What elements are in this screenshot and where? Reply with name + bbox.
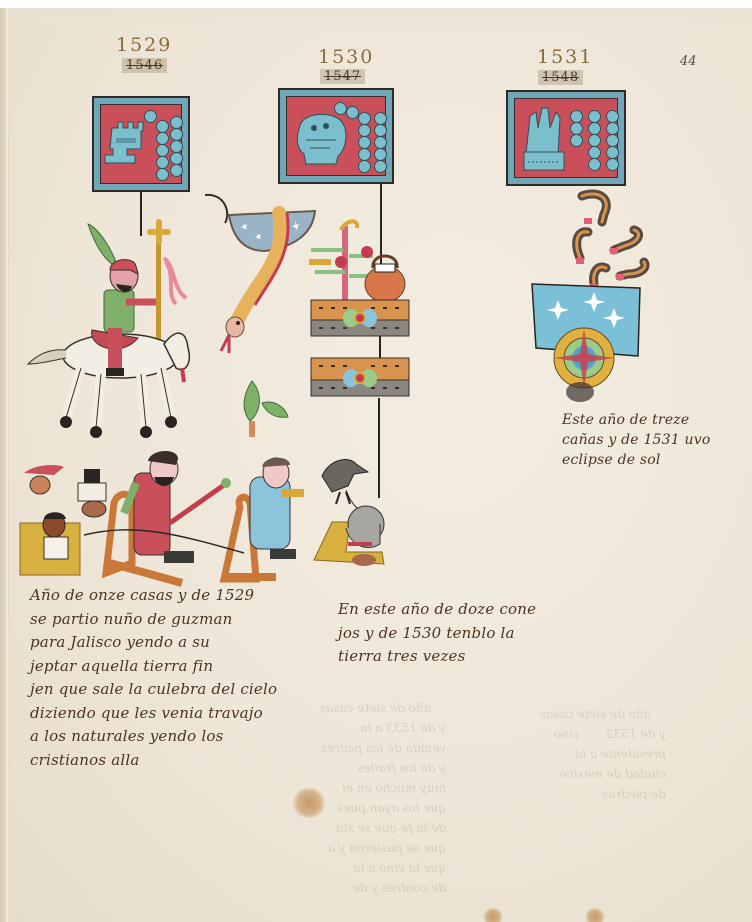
- gloss-line: se partio nuño de guzman: [30, 610, 233, 628]
- gloss-1531: Este año de treze cañas y de 1531 uvo ec…: [562, 410, 710, 470]
- count-dot: [170, 164, 183, 177]
- gloss-line: tierra tres vezes: [338, 647, 466, 665]
- count-dot: [144, 110, 157, 123]
- bleed-line: de piedras: [602, 787, 666, 801]
- gloss-line: En este año de doze cone: [338, 600, 536, 618]
- count-dot: [358, 160, 371, 173]
- bleed-line: y de 1532 . . . vino: [554, 727, 666, 741]
- bleed-line: año de siete casas: [320, 701, 431, 715]
- year-glyph-box-12-rabbit: [278, 88, 394, 184]
- year-label: 1529: [116, 34, 172, 56]
- flowering-plant-and-pot-icon: [305, 216, 415, 306]
- bleed-line: presidente a la: [575, 747, 666, 761]
- gloss-line: cañas y de 1531 uvo: [562, 432, 710, 448]
- bleed-line: de la fe que se sta: [336, 821, 446, 835]
- seated-lord-with-bird-glyph-icon: [310, 448, 420, 578]
- count-dot: [606, 158, 619, 171]
- alt-year-label: 1548: [538, 70, 583, 85]
- count-dot: [156, 168, 169, 181]
- gloss-line: diziendo que les venia travajo: [30, 704, 263, 722]
- bleed-line: y de 1533 a la: [360, 721, 446, 735]
- foxing-stain: [292, 788, 326, 818]
- gloss-1530: En este año de doze cone jos y de 1530 t…: [338, 598, 536, 669]
- bleed-line: venida de los padres: [321, 741, 446, 755]
- year-glyph-box-13-reed: [506, 90, 626, 186]
- bleed-through-right: año de siete casas y de 1532 . . . vino …: [540, 684, 666, 824]
- year-label: 1530: [318, 46, 374, 68]
- bleed-line: muy mucho en el: [342, 781, 446, 795]
- earthquake-sign-icon: [311, 300, 411, 340]
- bleed-line: que se pusieron y a: [328, 841, 446, 855]
- bleed-line: que la vino a la: [353, 861, 445, 875]
- gloss-line: para Jalisco yendo a su: [30, 633, 210, 651]
- gloss-line: Este año de treze: [562, 412, 689, 428]
- gloss-line: jeptar aquella tierra fin: [30, 657, 213, 675]
- alt-year-label: 1547: [320, 69, 365, 84]
- gloss-line: cristianos alla: [30, 751, 139, 769]
- bleed-line: ciudad de mexico: [560, 767, 666, 781]
- eclipse-scene-icon: [528, 188, 658, 408]
- bleed-line: año de siete casas: [540, 707, 651, 721]
- alt-year-label: 1546: [122, 58, 167, 73]
- top-shadow: [10, 8, 752, 30]
- count-dot: [570, 134, 583, 147]
- page-edge: [0, 8, 10, 922]
- foxing-stain: [585, 908, 605, 922]
- gutter-line: [6, 8, 8, 922]
- bleed-line: que los ayan pues: [337, 801, 446, 815]
- bleed-line: de contras y de: [353, 881, 446, 895]
- gloss-1529: Año de onze casas y de 1529 se partio nu…: [30, 584, 277, 772]
- year-label: 1531: [537, 46, 593, 68]
- gloss-line: eclipse de sol: [562, 452, 661, 468]
- gloss-line: a los naturales yendo los: [30, 727, 224, 745]
- count-dot: [588, 158, 601, 171]
- count-dot: [374, 160, 387, 173]
- manuscript-page: año de siete casas y de 1533 a la venida…: [0, 8, 752, 922]
- year-glyph-box-11-house: [92, 96, 190, 192]
- earthquake-sign-icon: [311, 358, 411, 400]
- gloss-line: jos y de 1530 tenblo la: [338, 624, 515, 642]
- gloss-line: jen que sale la culebra del cielo: [30, 680, 277, 698]
- seated-figures-scene-icon: [14, 373, 304, 603]
- bleed-through-center: año de siete casas y de 1533 a la venida…: [320, 678, 446, 918]
- gloss-line: Año de onze casas y de 1529: [30, 586, 254, 604]
- folio-number: 44: [680, 54, 697, 69]
- bleed-line: y de los frailes: [357, 761, 446, 775]
- foxing-stain: [483, 908, 503, 922]
